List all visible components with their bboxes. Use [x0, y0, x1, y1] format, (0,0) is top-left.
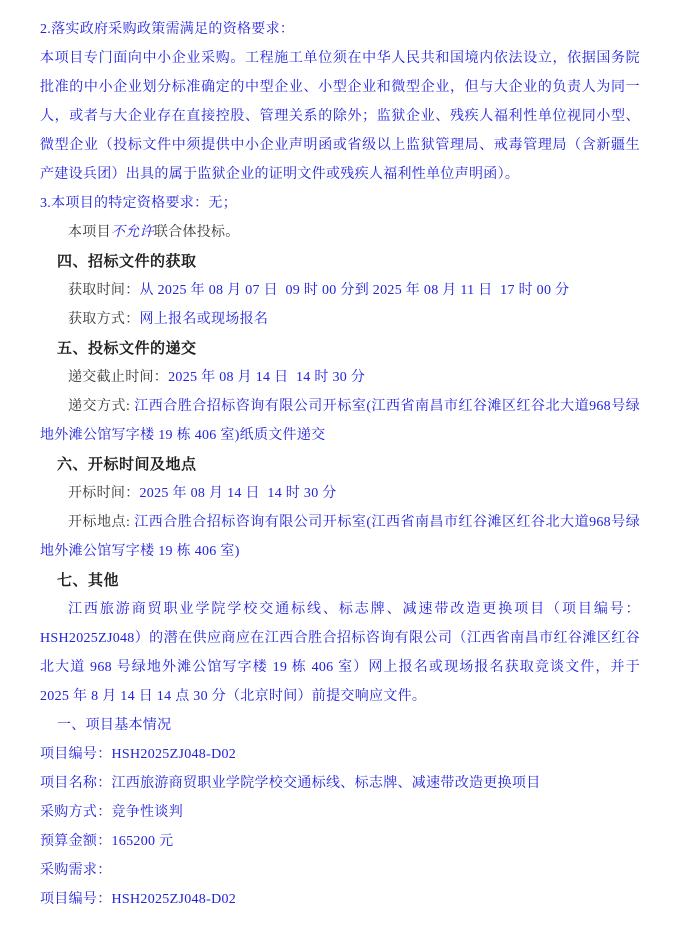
clause-3-specific-requirements: 3.本项目的特定资格要求：无； — [40, 189, 640, 218]
tender-notice-document: 2.落实政府采购政策需满足的资格要求： 本项目专门面向中小企业采购。工程施工单位… — [0, 0, 679, 939]
acquisition-method-label: 获取方式： — [68, 312, 140, 327]
clause-2-body: 本项目专门面向中小企业采购。工程施工单位须在中华人民共和国境内依法设立，依据国务… — [40, 44, 640, 189]
acquisition-method-value: 网上报名或现场报名 — [140, 312, 269, 327]
submission-deadline-value: 2025 年 08 月 14 日 14 时 30 分 — [168, 370, 365, 385]
procurement-requirements-line: 采购需求： — [40, 856, 640, 885]
consortium-bid-note: 本项目不允许联合体投标。 — [40, 218, 640, 247]
acquisition-time-value: 从 2025 年 08 月 07 日 09 时 00 分到 2025 年 08 … — [140, 283, 570, 298]
opening-time-row: 开标时间：2025 年 08 月 14 日 14 时 30 分 — [40, 479, 640, 508]
project-number-line: 项目编号：HSH2025ZJ048-D02 — [40, 740, 640, 769]
consortium-suffix: 联合体投标。 — [154, 225, 240, 240]
clause-2-title: 2.落实政府采购政策需满足的资格要求： — [40, 15, 640, 44]
other-paragraph: 江西旅游商贸职业学院学校交通标线、标志牌、减速带改造更换项目（项目编号：HSH2… — [40, 595, 640, 711]
section-7-heading-other: 七、其他 — [40, 566, 640, 595]
budget-amount-line: 预算金额：165200 元 — [40, 827, 640, 856]
opening-time-label: 开标时间： — [68, 486, 140, 501]
procurement-method-line: 采购方式：竞争性谈判 — [40, 798, 640, 827]
submission-method-row: 递交方式: 江西合胜合招标咨询有限公司开标室(江西省南昌市红谷滩区红谷北大道96… — [40, 392, 640, 450]
submission-deadline-label: 递交截止时间： — [68, 370, 168, 385]
acquisition-method-row: 获取方式：网上报名或现场报名 — [40, 305, 640, 334]
opening-location-row: 开标地点: 江西合胜合招标咨询有限公司开标室(江西省南昌市红谷滩区红谷北大道96… — [40, 508, 640, 566]
section-6-heading-bid-opening: 六、开标时间及地点 — [40, 450, 640, 479]
project-number-line-2: 项目编号：HSH2025ZJ048-D02 — [40, 885, 640, 914]
basic-info-heading: 一、项目基本情况 — [40, 711, 640, 740]
opening-location-label: 开标地点: — [68, 515, 134, 530]
submission-deadline-row: 递交截止时间：2025 年 08 月 14 日 14 时 30 分 — [40, 363, 640, 392]
project-name-line: 项目名称：江西旅游商贸职业学院学校交通标线、标志牌、减速带改造更换项目 — [40, 769, 640, 798]
consortium-prefix: 本项目 — [68, 225, 111, 240]
submission-method-label: 递交方式: — [68, 399, 134, 414]
section-5-heading-bid-submission: 五、投标文件的递交 — [40, 334, 640, 363]
section-4-heading-document-acquisition: 四、招标文件的获取 — [40, 247, 640, 276]
consortium-not-allowed-emphasis: 不允许 — [111, 225, 154, 240]
acquisition-time-label: 获取时间： — [68, 283, 140, 298]
opening-time-value: 2025 年 08 月 14 日 14 时 30 分 — [140, 486, 337, 501]
acquisition-time-row: 获取时间：从 2025 年 08 月 07 日 09 时 00 分到 2025 … — [40, 276, 640, 305]
